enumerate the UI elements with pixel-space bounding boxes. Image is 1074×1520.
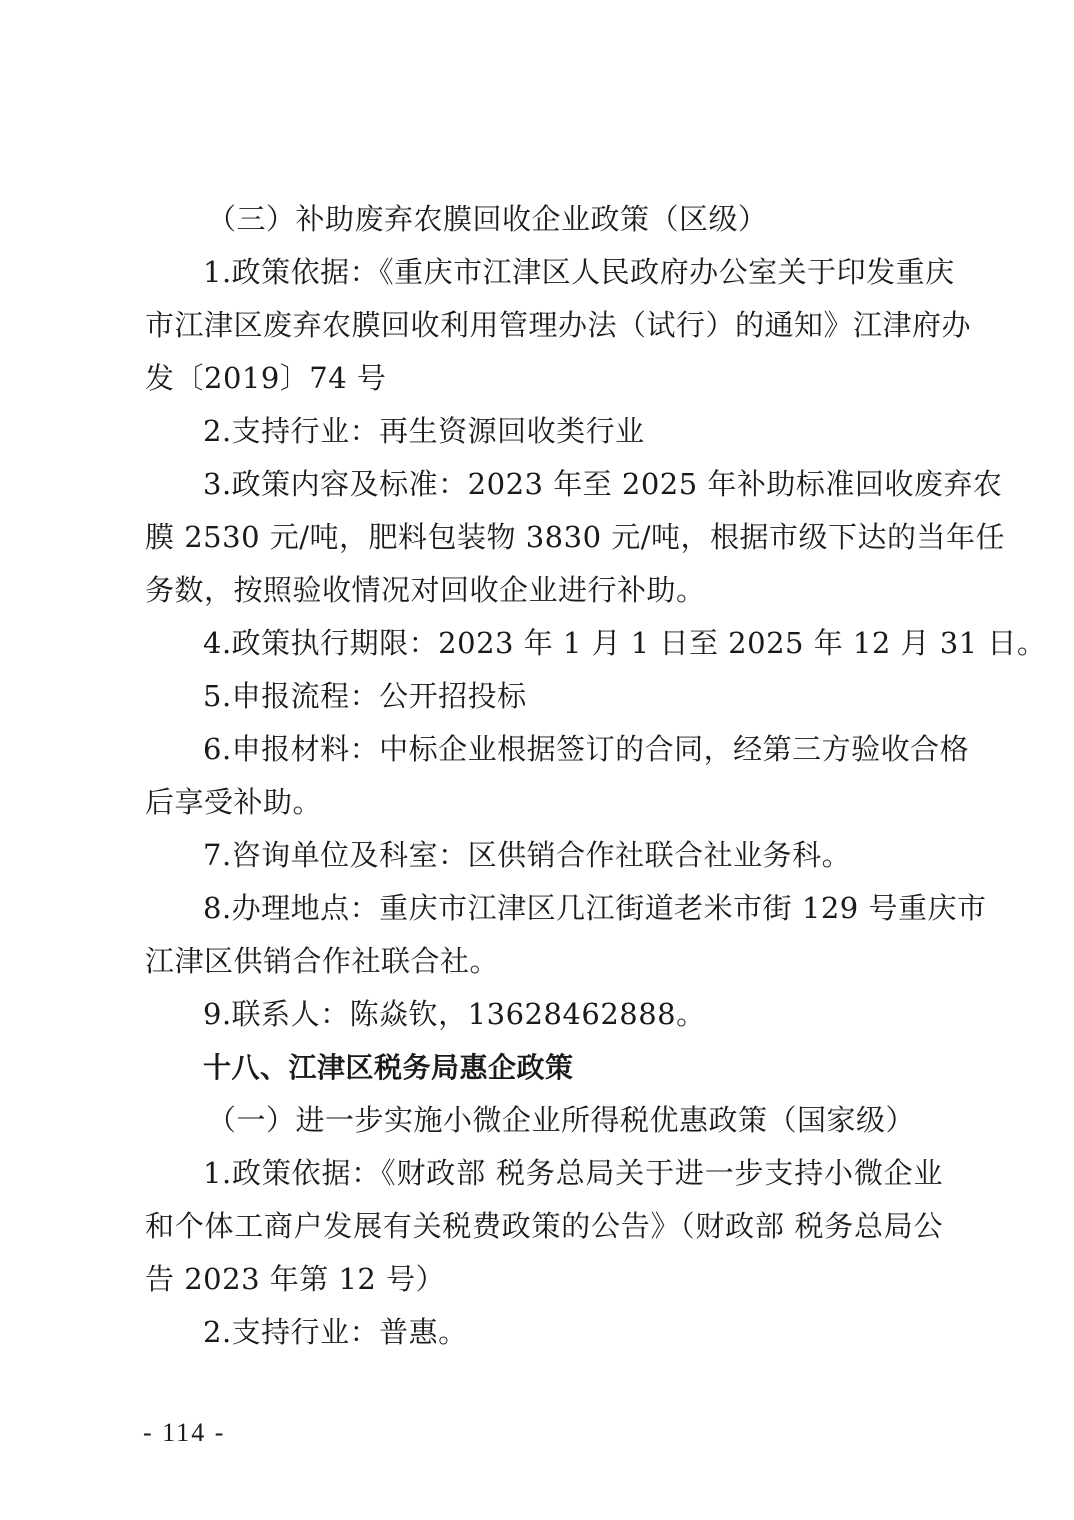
supported-industry: 2.支持行业：再生资源回收类行业 (145, 405, 943, 458)
section-heading-small-micro-tax: （一）进一步实施小微企业所得税优惠政策（国家级） (145, 1094, 943, 1147)
policy-content-line-2: 膜 2530 元/吨，肥料包装物 3830 元/吨，根据市级下达的当年任 (145, 511, 943, 564)
chapter-heading-tax-bureau: 十八、江津区税务局惠企政策 (145, 1041, 943, 1094)
office-location-line-1: 8.办理地点：重庆市江津区几江街道老米市街 129 号重庆市 (145, 882, 943, 935)
application-materials-line-2: 后享受补助。 (145, 776, 943, 829)
policy-content-line-3: 务数，按照验收情况对回收企业进行补助。 (145, 564, 943, 617)
policy-content-line-1: 3.政策内容及标准：2023 年至 2025 年补助标准回收废弃农 (145, 458, 943, 511)
section-heading-subsidy-film-recycling: （三）补助废弃农膜回收企业政策（区级） (145, 193, 943, 246)
tax-policy-basis-line-2: 和个体工商户发展有关税费政策的公告》（财政部 税务总局公 (145, 1200, 943, 1253)
tax-policy-basis-line-1: 1.政策依据：《财政部 税务总局关于进一步支持小微企业 (145, 1147, 943, 1200)
policy-basis-line-1: 1.政策依据：《重庆市江津区人民政府办公室关于印发重庆 (145, 246, 943, 299)
consulting-unit: 7.咨询单位及科室：区供销合作社联合社业务科。 (145, 829, 943, 882)
policy-basis-line-2: 市江津区废弃农膜回收利用管理办法（试行）的通知》江津府办 (145, 299, 943, 352)
policy-basis-line-3: 发〔2019〕74 号 (145, 352, 943, 405)
document-page: （三）补助废弃农膜回收企业政策（区级） 1.政策依据：《重庆市江津区人民政府办公… (145, 193, 943, 1359)
tax-supported-industry: 2.支持行业：普惠。 (145, 1306, 943, 1359)
tax-policy-basis-line-3: 告 2023 年第 12 号） (145, 1253, 943, 1306)
page-number: - 114 - (143, 1418, 225, 1448)
application-materials-line-1: 6.申报材料：中标企业根据签订的合同，经第三方验收合格 (145, 723, 943, 776)
application-process: 5.申报流程：公开招投标 (145, 670, 943, 723)
policy-period: 4.政策执行期限：2023 年 1 月 1 日至 2025 年 12 月 31 … (145, 617, 943, 670)
contact-person: 9.联系人：陈焱钦，13628462888。 (145, 988, 943, 1041)
office-location-line-2: 江津区供销合作社联合社。 (145, 935, 943, 988)
